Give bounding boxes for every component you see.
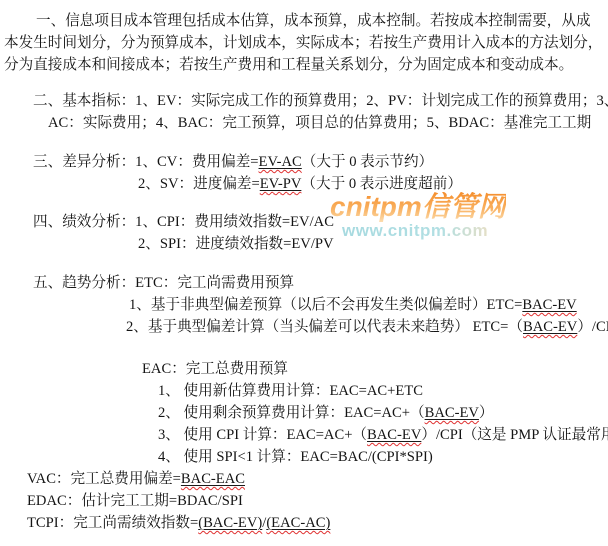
text-line: 2、SV：进度偏差=EV-PV（大于 0 表示进度超前） [0, 173, 608, 195]
text-line: VAC：完工总费用偏差=BAC-EAC [0, 468, 608, 490]
text-line: EAC：完工总费用预算 [0, 358, 608, 380]
text-segment: 2、 使用剩余预算费用计算：EAC=AC+（ [158, 405, 425, 421]
formula-text: (BAC-EV) [198, 515, 262, 531]
text-segment: 2、SV：进度偏差= [138, 176, 260, 192]
text-line: 1、基于非典型偏差预算（以后不会再发生类似偏差时）ETC=BAC-EV [0, 294, 608, 316]
text-segment: （大于 0 表示节约） [302, 154, 433, 170]
formula-underlined: EV-PV [260, 176, 302, 192]
text-segment: 一、信息项目成本管理包括成本估算，成本预算，成本控制。若按成本控制需要，从成 [36, 13, 591, 29]
text-line: 3、 使用 CPI 计算：EAC=AC+（BAC-EV）/CPI（这是 PMP … [0, 424, 608, 446]
text-segment: 本发生时间划分，分为预算成本，计划成本，实际成本；若按生产费用计入成本的方法划分… [4, 35, 602, 51]
formula-underlined: BAC-EV [523, 319, 577, 335]
text-line: EDAC：估计完工工期=BDAC/SPI [0, 490, 608, 512]
text-segment: EAC：完工总费用预算 [142, 361, 288, 377]
formula-underlined: (EAC-AC) [266, 515, 330, 531]
text-segment: EDAC：估计完工工期=BDAC/SPI [27, 493, 243, 509]
formula-text: BAC-EV [522, 297, 576, 313]
text-line: 五、趋势分析：ETC：完工尚需费用预算 [0, 272, 608, 294]
text-line: TCPI：完工尚需绩效指数=(BAC-EV)/(EAC-AC) [0, 512, 608, 534]
text-line: 本发生时间划分，分为预算成本，计划成本，实际成本；若按生产费用计入成本的方法划分… [0, 32, 608, 54]
text-segment: 分为直接成本和间接成本；若按生产费用和工程量关系划分，分为固定成本和变动成本。 [4, 57, 573, 73]
formula-text: (EAC-AC) [266, 515, 330, 531]
text-line: 四、绩效分析：1、CPI：费用绩效指数=EV/AC [0, 211, 608, 233]
text-line: 二、基本指标：1、EV：实际完成工作的预算费用；2、PV：计划完成工作的预算费用… [0, 90, 608, 112]
formula-underlined: BAC-EV [522, 297, 576, 313]
text-segment: 1、基于非典型偏差预算（以后不会再发生类似偏差时）ETC= [129, 297, 522, 313]
text-line: 2、 使用剩余预算费用计算：EAC=AC+（BAC-EV） [0, 402, 608, 424]
formula-text: BAC-EV [367, 427, 421, 443]
text-segment: ）/CPI [577, 319, 608, 335]
text-line: 1、 使用新估算费用计算：EAC=AC+ETC [0, 380, 608, 402]
text-line: 分为直接成本和间接成本；若按生产费用和工程量关系划分，分为固定成本和变动成本。 [0, 54, 608, 76]
text-segment: VAC：完工总费用偏差= [27, 471, 181, 487]
text-segment: 1、 使用新估算费用计算：EAC=AC+ETC [158, 383, 423, 399]
formula-underlined: BAC-EV [367, 427, 421, 443]
text-segment: 4、 使用 SPI<1 计算：EAC=BAC/(CPI*SPI) [158, 449, 433, 465]
text-segment: 五、趋势分析：ETC：完工尚需费用预算 [33, 275, 294, 291]
text-segment: 二、基本指标：1、EV：实际完成工作的预算费用；2、PV：计划完成工作的预算费用… [33, 93, 608, 109]
document-body: 一、信息项目成本管理包括成本估算，成本预算，成本控制。若按成本控制需要，从成本发… [0, 0, 608, 534]
formula-text: BAC-EAC [181, 471, 245, 487]
text-line: 4、 使用 SPI<1 计算：EAC=BAC/(CPI*SPI) [0, 446, 608, 468]
text-line: 2、基于典型偏差计算（当头偏差可以代表未来趋势） ETC=（BAC-EV）/CP… [0, 316, 608, 338]
formula-underlined: EV-AC [259, 154, 302, 170]
text-segment: 3、 使用 CPI 计算：EAC=AC+（ [158, 427, 367, 443]
text-segment: 2、基于典型偏差计算（当头偏差可以代表未来趋势） ETC=（ [126, 319, 523, 335]
formula-text: EV-AC [259, 154, 302, 170]
formula-text: EV-PV [260, 176, 302, 192]
text-line: 三、差异分析：1、CV：费用偏差=EV-AC（大于 0 表示节约） [0, 151, 608, 173]
text-segment: （大于 0 表示进度超前） [301, 176, 462, 192]
text-segment: TCPI：完工尚需绩效指数= [27, 515, 198, 531]
text-line: 2、SPI：进度绩效指数=EV/PV [0, 233, 608, 255]
text-segment: ）/CPI（这是 PMP 认证最常用的） [421, 427, 608, 443]
text-line: AC：实际费用；4、BAC：完工预算，项目总的估算费用；5、BDAC：基准完工工… [0, 112, 608, 134]
formula-text: BAC-EV [523, 319, 577, 335]
text-segment: 2、SPI：进度绩效指数=EV/PV [138, 236, 334, 252]
formula-underlined: (BAC-EV) [198, 515, 262, 531]
text-segment: 四、绩效分析：1、CPI：费用绩效指数=EV/AC [33, 214, 334, 230]
formula-underlined: BAC-EV [425, 405, 479, 421]
text-segment: ） [479, 405, 494, 421]
formula-underlined: BAC-EAC [181, 471, 245, 487]
text-segment: 三、差异分析：1、CV：费用偏差= [33, 154, 259, 170]
text-segment: AC：实际费用；4、BAC：完工预算，项目总的估算费用；5、BDAC：基准完工工… [48, 115, 591, 131]
text-line: 一、信息项目成本管理包括成本估算，成本预算，成本控制。若按成本控制需要，从成 [0, 10, 608, 32]
formula-text: BAC-EV [425, 405, 479, 421]
